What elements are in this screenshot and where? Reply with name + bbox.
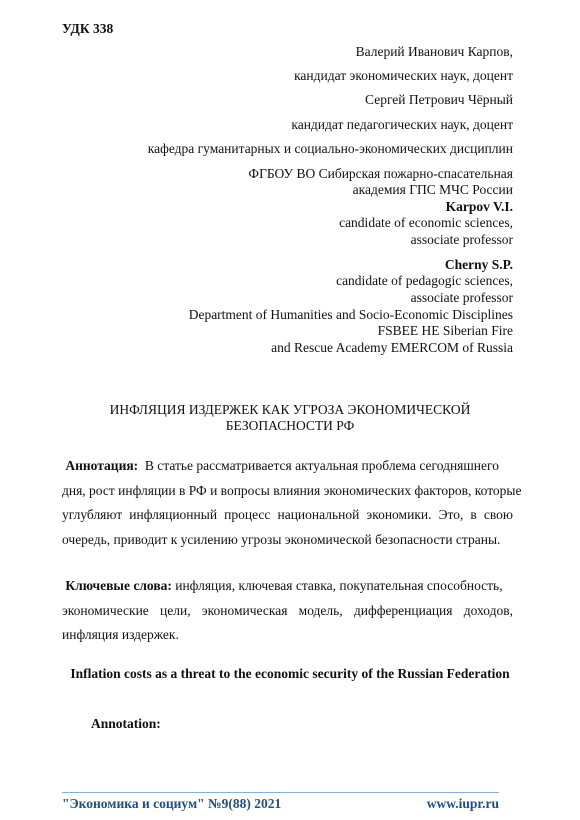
- institution-ru-line1: ФГБОУ ВО Сибирская пожарно-спасательная: [248, 166, 513, 182]
- author-1-name-ru: Валерий Иванович Карпов,: [356, 44, 513, 60]
- author-2-name-ru: Сергей Петрович Чёрный: [365, 92, 513, 108]
- author-2-name-en: Cherny S.P.: [445, 257, 513, 273]
- institution-en-line2: and Rescue Academy EMERCOM of Russia: [271, 340, 513, 356]
- institution-ru-line2: академия ГПС МЧС России: [353, 182, 513, 198]
- abstract-line-3: углубляют инфляционный процесс националь…: [62, 503, 513, 528]
- keywords-line-2: экономические цели, экономическая модель…: [62, 599, 513, 624]
- footer-divider: [62, 792, 499, 793]
- keywords-line-3: инфляция издержек.: [62, 623, 513, 648]
- article-title-ru: ИНФЛЯЦИЯ ИЗДЕРЖЕК КАК УГРОЗА ЭКОНОМИЧЕСК…: [0, 402, 580, 434]
- author-2-degree-ru: кандидат педагогических наук, доцент: [291, 117, 513, 133]
- abstract-line-1: Аннотация: В статье рассматривается акту…: [62, 454, 513, 479]
- footer-website[interactable]: www.iupr.ru: [427, 796, 499, 812]
- author-1-position-en: associate professor: [411, 232, 513, 248]
- abstract-text-1: В статье рассматривается актуальная проб…: [145, 458, 499, 473]
- keywords-line-1: Ключевые слова: инфляция, ключевая ставк…: [62, 574, 513, 599]
- udk-code: УДК 338: [62, 21, 113, 37]
- article-title-ru-line2: БЕЗОПАСНОСТИ РФ: [0, 418, 580, 434]
- author-2-degree-en: candidate of pedagogic sciences,: [336, 273, 513, 289]
- article-title-en: Inflation costs as a threat to the econo…: [0, 666, 580, 682]
- abstract-line-4: очередь, приводит к усилению угрозы экон…: [62, 528, 513, 553]
- department-en: Department of Humanities and Socio-Econo…: [189, 307, 513, 323]
- keywords-text-1: инфляция, ключевая ставка, покупательная…: [175, 578, 502, 593]
- author-1-degree-ru: кандидат экономических наук, доцент: [294, 68, 513, 84]
- abstract-label: Аннотация:: [65, 458, 138, 473]
- keywords-ru: Ключевые слова: инфляция, ключевая ставк…: [62, 574, 513, 648]
- annotation-en-label: Annotation:: [91, 716, 161, 732]
- abstract-line-2: дня, рост инфляции в РФ и вопросы влияни…: [62, 479, 513, 504]
- author-1-degree-en: candidate of economic sciences,: [339, 215, 513, 231]
- institution-en-line1: FSBEE HE Siberian Fire: [378, 323, 513, 339]
- author-2-position-en: associate professor: [411, 290, 513, 306]
- keywords-label: Ключевые слова:: [65, 578, 171, 593]
- author-1-name-en: Karpov V.I.: [446, 199, 513, 215]
- department-ru: кафедра гуманитарных и социально-экономи…: [148, 141, 513, 157]
- footer-journal: "Экономика и социум" №9(88) 2021: [62, 796, 281, 812]
- abstract-ru: Аннотация: В статье рассматривается акту…: [62, 454, 513, 552]
- article-title-ru-line1: ИНФЛЯЦИЯ ИЗДЕРЖЕК КАК УГРОЗА ЭКОНОМИЧЕСК…: [0, 402, 580, 418]
